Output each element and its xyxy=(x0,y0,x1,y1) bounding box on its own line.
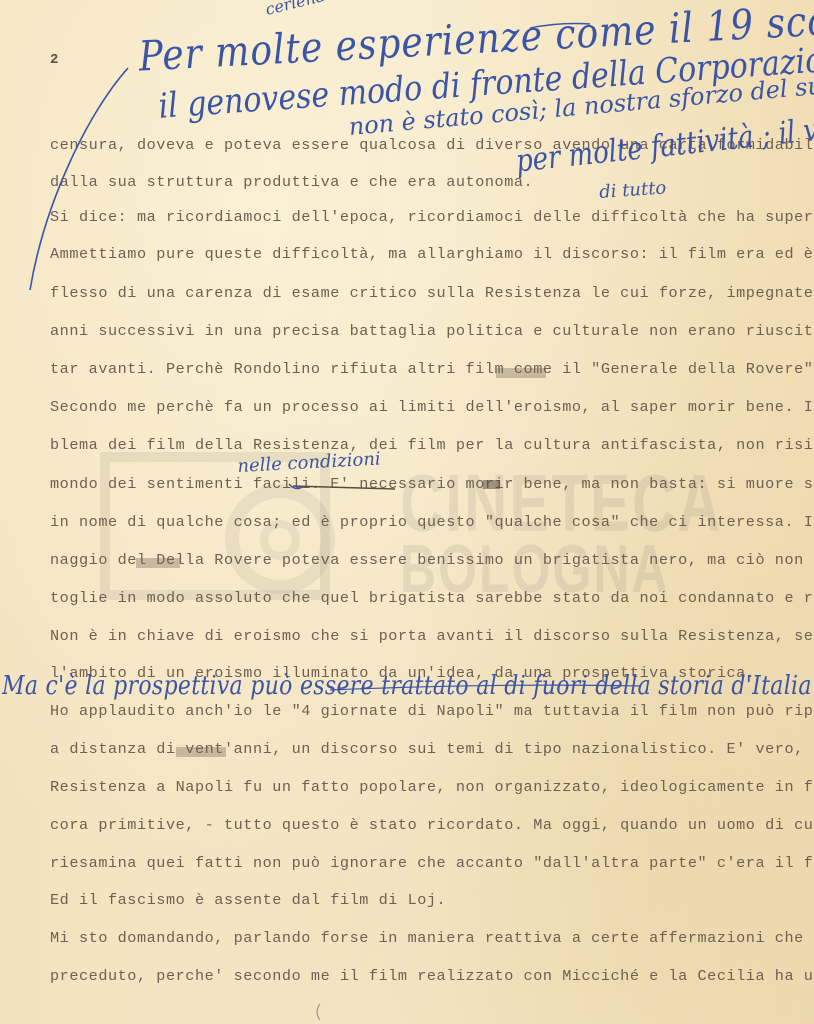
typed-line: cora primitive, - tutto questo è stato r… xyxy=(50,816,814,834)
typed-line: Ammettiamo pure queste difficoltà, ma al… xyxy=(50,245,814,263)
typed-line: tar avanti. Perchè Rondolino rifiuta alt… xyxy=(50,360,814,378)
typed-line: a distanza di vent'anni, un discorso sui… xyxy=(50,740,814,758)
typed-line: in nome di qualche cosa; ed è proprio qu… xyxy=(50,513,814,531)
typed-line: preceduto, perche' secondo me il film re… xyxy=(50,967,814,985)
typed-line: Ed il fascismo è assente dal film di Loj… xyxy=(50,891,446,909)
typed-line: blema dei film della Resistenza, dei fil… xyxy=(50,436,814,454)
typed-line: Non è in chiave di eroismo che si porta … xyxy=(50,627,814,645)
page-number: 2 xyxy=(50,52,58,68)
typed-line: Ho applaudito anch'io le "4 giornate di … xyxy=(50,702,814,720)
typed-line: dalla sua struttura produttiva e che era… xyxy=(50,173,533,191)
typed-line: Si dice: ma ricordiamoci dell'epoca, ric… xyxy=(50,208,814,226)
typed-line: flesso di una carenza di esame critico s… xyxy=(50,284,814,302)
typed-line: toglie in modo assoluto che quel brigati… xyxy=(50,589,814,607)
typed-line: anni successivi in una precisa battaglia… xyxy=(50,322,814,340)
handwritten-margin-line: Ma c'è la prospettiva può essere trattat… xyxy=(2,671,814,701)
typed-line: Resistenza a Napoli fu un fatto popolare… xyxy=(50,778,814,796)
typed-line: mondo dei sentimenti facili. E' necessar… xyxy=(50,475,814,493)
typed-line: naggio del Della Rovere poteva essere be… xyxy=(50,551,804,569)
typed-line: Mi sto domandando, parlando forse in man… xyxy=(50,929,814,947)
typed-line: Secondo me perchè fa un processo ai limi… xyxy=(50,398,814,416)
typed-line: riesamina quei fatti non può ignorare ch… xyxy=(50,854,814,872)
